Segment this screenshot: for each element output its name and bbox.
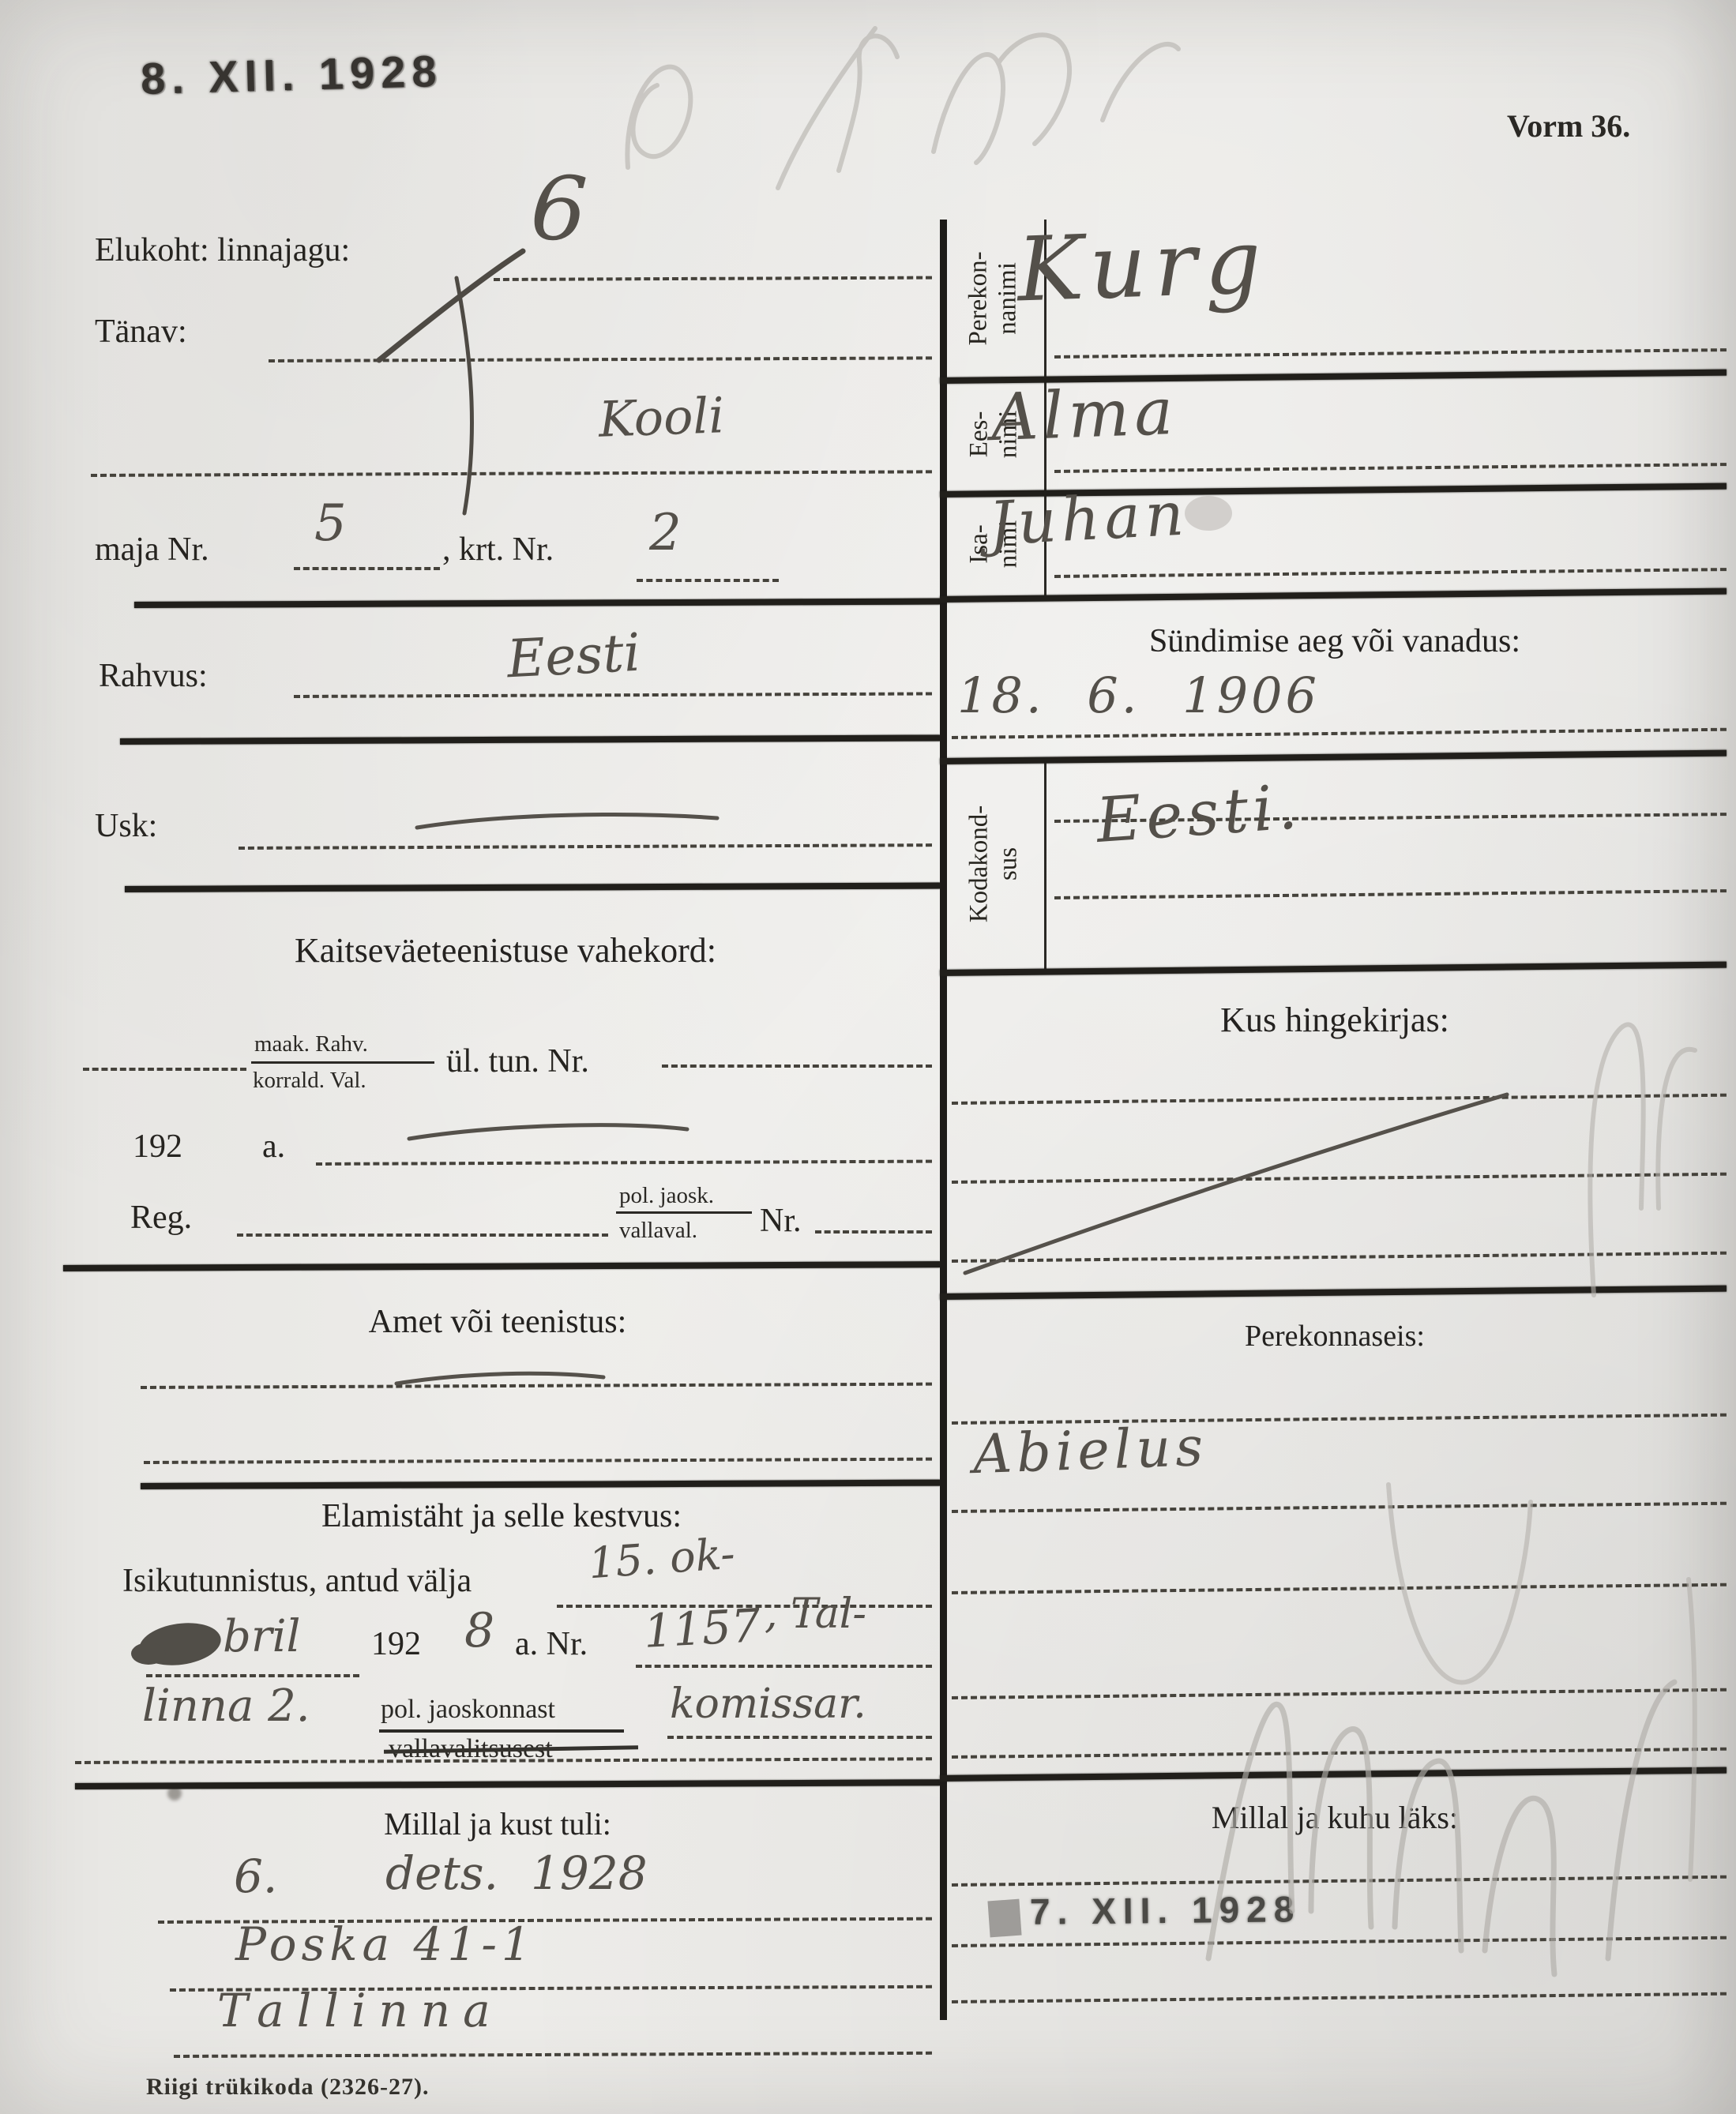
pencil-scribble-bottom [1208,1682,1674,1974]
handwriting-overlay [0,0,1736,2114]
occupation-blank-stroke [396,1373,603,1384]
smudge [1185,496,1232,531]
pencil-scribble-top [627,28,1178,188]
scanned-form-page: 8. XII. 1928 Vorm 36. Elukoht: linnajagu… [0,0,1736,2114]
religion-blank-stroke [417,815,717,828]
parish-register-strike-stroke [965,1095,1507,1273]
military-year-blank-stroke [409,1125,687,1139]
pencil-scribble-right [1388,1024,1695,1879]
ink-blot [131,1618,224,1670]
street-pen-mark [379,251,523,513]
